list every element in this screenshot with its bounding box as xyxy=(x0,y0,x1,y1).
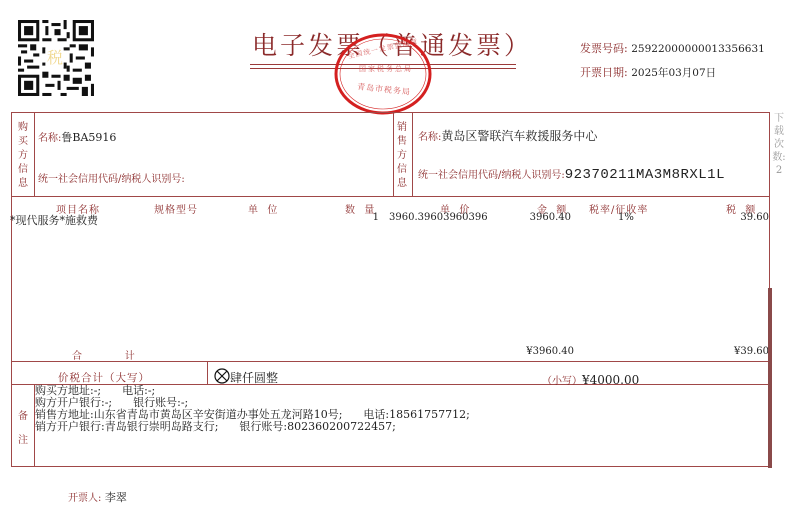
grand-total-lowercase-label: （小写） xyxy=(542,376,582,387)
buyer-tax-id-row: 统一社会信用代码/纳税人识别号: xyxy=(38,167,185,186)
buyer-name-label: 名称: xyxy=(38,133,61,144)
official-seal: 全国统一发票监制章 国家税务总局 青岛市税务局 xyxy=(333,32,433,116)
seller-tax-id-row: 统一社会信用代码/纳税人识别号:92370211MA3M8RXL1L xyxy=(418,163,725,183)
label-char: 信 xyxy=(16,163,30,177)
label-char: 方 xyxy=(16,149,30,163)
label-char: 信 xyxy=(395,163,409,177)
remarks-label: 备 注 xyxy=(16,405,30,453)
seller-tax-id: 92370211MA3M8RXL1L xyxy=(565,167,725,183)
item-tax: 39.60 xyxy=(740,212,769,223)
invoice-date-row: 开票日期: 2025年03月07日 xyxy=(580,64,716,80)
qr-code: 税 xyxy=(18,20,94,96)
seller-name: 黄岛区警联汽车救援服务中心 xyxy=(441,129,597,143)
qr-center-glyph: 税 xyxy=(47,49,63,67)
divider xyxy=(12,196,769,197)
item-name: *现代服务*施救费 xyxy=(10,212,98,228)
buyer-name: 鲁BA5916 xyxy=(61,131,116,144)
col-header-unit: 单 位 xyxy=(248,201,278,216)
item-rate: 1% xyxy=(618,212,634,223)
download-count-label: 下载次数: xyxy=(772,113,785,163)
divider xyxy=(207,361,208,384)
label-char: 购 xyxy=(16,121,30,135)
label-char: 方 xyxy=(395,149,409,163)
download-count-value: 2 xyxy=(776,165,782,176)
buyer-tax-id-label: 统一社会信用代码/纳税人识别号: xyxy=(38,174,185,185)
frame-edge-shadow xyxy=(768,288,772,468)
label-char: 备 xyxy=(16,405,30,429)
invoice-number-label: 发票号码: xyxy=(580,42,628,55)
total-amount: ¥3960.40 xyxy=(526,346,574,357)
label-char: 买 xyxy=(16,135,30,149)
invoice-date: 2025年03月07日 xyxy=(631,67,716,79)
label-char: 销 xyxy=(395,121,409,135)
grand-total-uppercase-row: 肆仟圆整 xyxy=(214,367,278,388)
issuer-row: 开票人: 李翠 xyxy=(68,489,127,505)
download-count: 下载次数: 2 xyxy=(772,112,786,177)
remark-line: 销方开户银行:青岛银行崇明岛路支行; 银行账号:802360200722457; xyxy=(35,421,396,434)
seller-name-label: 名称: xyxy=(418,132,441,143)
divider xyxy=(393,113,394,196)
seller-name-row: 名称:黄岛区警联汽车救援服务中心 xyxy=(418,125,597,144)
label-char: 息 xyxy=(395,177,409,191)
grand-total-lowercase: ¥4000.00 xyxy=(582,373,639,387)
item-price: 3960.39603960396 xyxy=(389,212,488,223)
col-header-spec: 规格型号 xyxy=(154,201,198,216)
issuer-name: 李翠 xyxy=(105,491,127,504)
item-amount: 3960.40 xyxy=(530,212,571,223)
invoice-table: 购 买 方 信 息 名称:鲁BA5916 统一社会信用代码/纳税人识别号: 销 … xyxy=(11,112,770,467)
seal-middle-text: 国家税务总局 xyxy=(359,64,413,74)
divider xyxy=(412,113,413,196)
grand-total-label: 价税合计（大写） xyxy=(58,370,150,385)
grand-total-uppercase: 肆仟圆整 xyxy=(230,371,278,385)
seller-section-label: 销 售 方 信 息 xyxy=(395,121,409,191)
label-char: 注 xyxy=(16,429,30,453)
total-tax: ¥39.60 xyxy=(734,346,769,357)
label-char: 息 xyxy=(16,177,30,191)
issuer-label: 开票人: xyxy=(68,493,101,504)
col-header-qty: 数 量 xyxy=(345,201,375,216)
buyer-section-label: 购 买 方 信 息 xyxy=(16,121,30,191)
invoice-number-row: 发票号码: 25922000000013356631 xyxy=(580,40,765,56)
invoice-date-label: 开票日期: xyxy=(580,66,628,79)
buyer-name-row: 名称:鲁BA5916 xyxy=(38,126,116,145)
total-label: 合 计 xyxy=(72,347,136,362)
label-char: 售 xyxy=(395,135,409,149)
item-qty: 1 xyxy=(373,212,379,223)
circled-x-icon xyxy=(214,368,230,388)
invoice-number: 25922000000013356631 xyxy=(631,43,765,55)
grand-total-lowercase-row: （小写）¥4000.00 xyxy=(542,369,639,388)
seller-tax-id-label: 统一社会信用代码/纳税人识别号: xyxy=(418,170,565,181)
divider xyxy=(34,113,35,196)
